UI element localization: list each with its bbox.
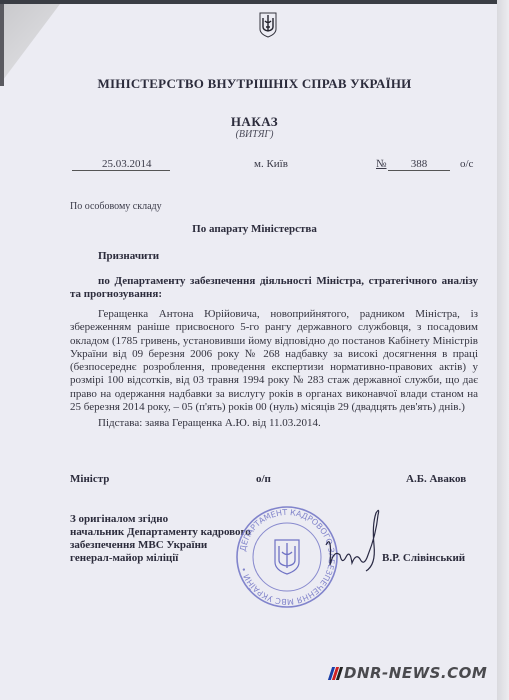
action-heading: Призначити (98, 250, 159, 262)
section-label: По особовому складу (70, 201, 162, 212)
order-date: 25.03.2014 (72, 158, 170, 171)
department-heading: по Департаменту забезпечення діяльності … (70, 275, 478, 301)
certifier-name: В.Р. Слівінський (382, 552, 465, 564)
order-basis: Підстава: заява Геращенка А.Ю. від 11.03… (98, 417, 321, 429)
number-value: 388 (388, 158, 450, 171)
watermark-logo: DNR-NEWS.COM (330, 664, 487, 682)
fold-shadow (0, 4, 4, 86)
order-subtitle: (ВИТЯГ) (0, 129, 509, 140)
number-suffix: о/с (460, 158, 473, 170)
order-title: НАКАЗ (0, 114, 509, 130)
folded-corner (0, 4, 60, 84)
order-city: м. Київ (254, 158, 288, 170)
ukraine-coat-of-arms-icon (259, 12, 277, 38)
signatory-name: А.Б. Аваков (406, 473, 466, 485)
number-sign: № (376, 158, 387, 170)
scan-edge-right (497, 0, 509, 700)
order-body: Геращенка Антона Юрійовича, новоприйнято… (70, 308, 478, 414)
watermark-stripes-icon (330, 667, 342, 680)
watermark-text: DNR-NEWS.COM (344, 664, 487, 682)
ministry-title: МІНІСТЕРСТВО ВНУТРІШНІХ СПРАВ УКРАЇНИ (0, 76, 509, 92)
unit-heading: По апарату Міністерства (0, 223, 509, 235)
signature-mark: о/п (256, 473, 271, 485)
signatory-role: Міністр (70, 473, 109, 485)
handwritten-signature (318, 505, 388, 585)
